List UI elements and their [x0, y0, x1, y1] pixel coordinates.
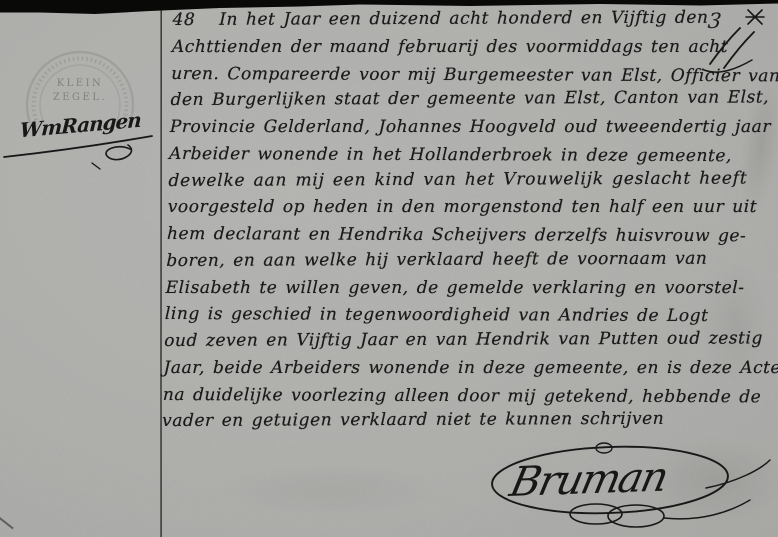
signature-tick: [92, 163, 100, 169]
signature-loop-flourish: [106, 145, 131, 160]
signature-oval-flourish: [491, 443, 729, 517]
record-line: boren, en aan welke hij verklaard heeft …: [166, 245, 778, 274]
seal-text-line1: KLEIN: [57, 78, 104, 89]
official-signature: Bruman: [478, 424, 778, 536]
record-line: Provincie Gelderland, Johannes Hoogveld …: [169, 114, 778, 141]
seal-text-line2: ZEGEL.: [53, 92, 107, 103]
signature-underline-flourish: [4, 136, 152, 157]
record-line: Jaar, beide Arbeiders wonende in deze ge…: [163, 355, 778, 382]
official-signature-text: Bruman: [505, 452, 671, 506]
signature-right-flourish: [706, 460, 770, 488]
record-line: dewelke aan mij een kind van het Vrouwel…: [168, 165, 778, 194]
signature-underloop: [570, 504, 622, 524]
margin-signature: WmRangen: [0, 105, 175, 180]
record-line: Elisabeth te willen geven, de gemelde ve…: [165, 275, 778, 302]
paper-smudge: [0, 517, 14, 530]
paper-smudge: [620, 420, 778, 537]
seal-arc-text: [34, 59, 127, 124]
margin-signature-text: WmRangen: [19, 108, 142, 143]
record-line: 48 In het Jaar een duizend acht honderd …: [172, 4, 778, 33]
paper-smudge: [180, 455, 480, 525]
record-line: vader en getuigen verklaard niet te kunn…: [162, 406, 778, 435]
record-line: den Burgerlijken staat der gemeente van …: [170, 85, 778, 114]
record-line: Achttienden der maand februarij des voor…: [172, 34, 778, 61]
signature-small-loop: [596, 443, 612, 453]
record-text: 48 In het Jaar een duizend acht honderd …: [162, 7, 778, 435]
record-line: oud zeven en Vijftig Jaar en van Hendrik…: [164, 325, 778, 354]
embossed-seal: KLEIN ZEGEL.: [15, 35, 165, 123]
document-scan: KLEIN ZEGEL. WmRangen 48 In het Jaar een…: [0, 0, 778, 537]
signature-underloop: [608, 505, 664, 527]
record-line: voorgesteld op heden in den morgenstond …: [167, 194, 778, 221]
signature-tail-flourish: [664, 500, 750, 519]
margin-rule: [158, 0, 166, 537]
